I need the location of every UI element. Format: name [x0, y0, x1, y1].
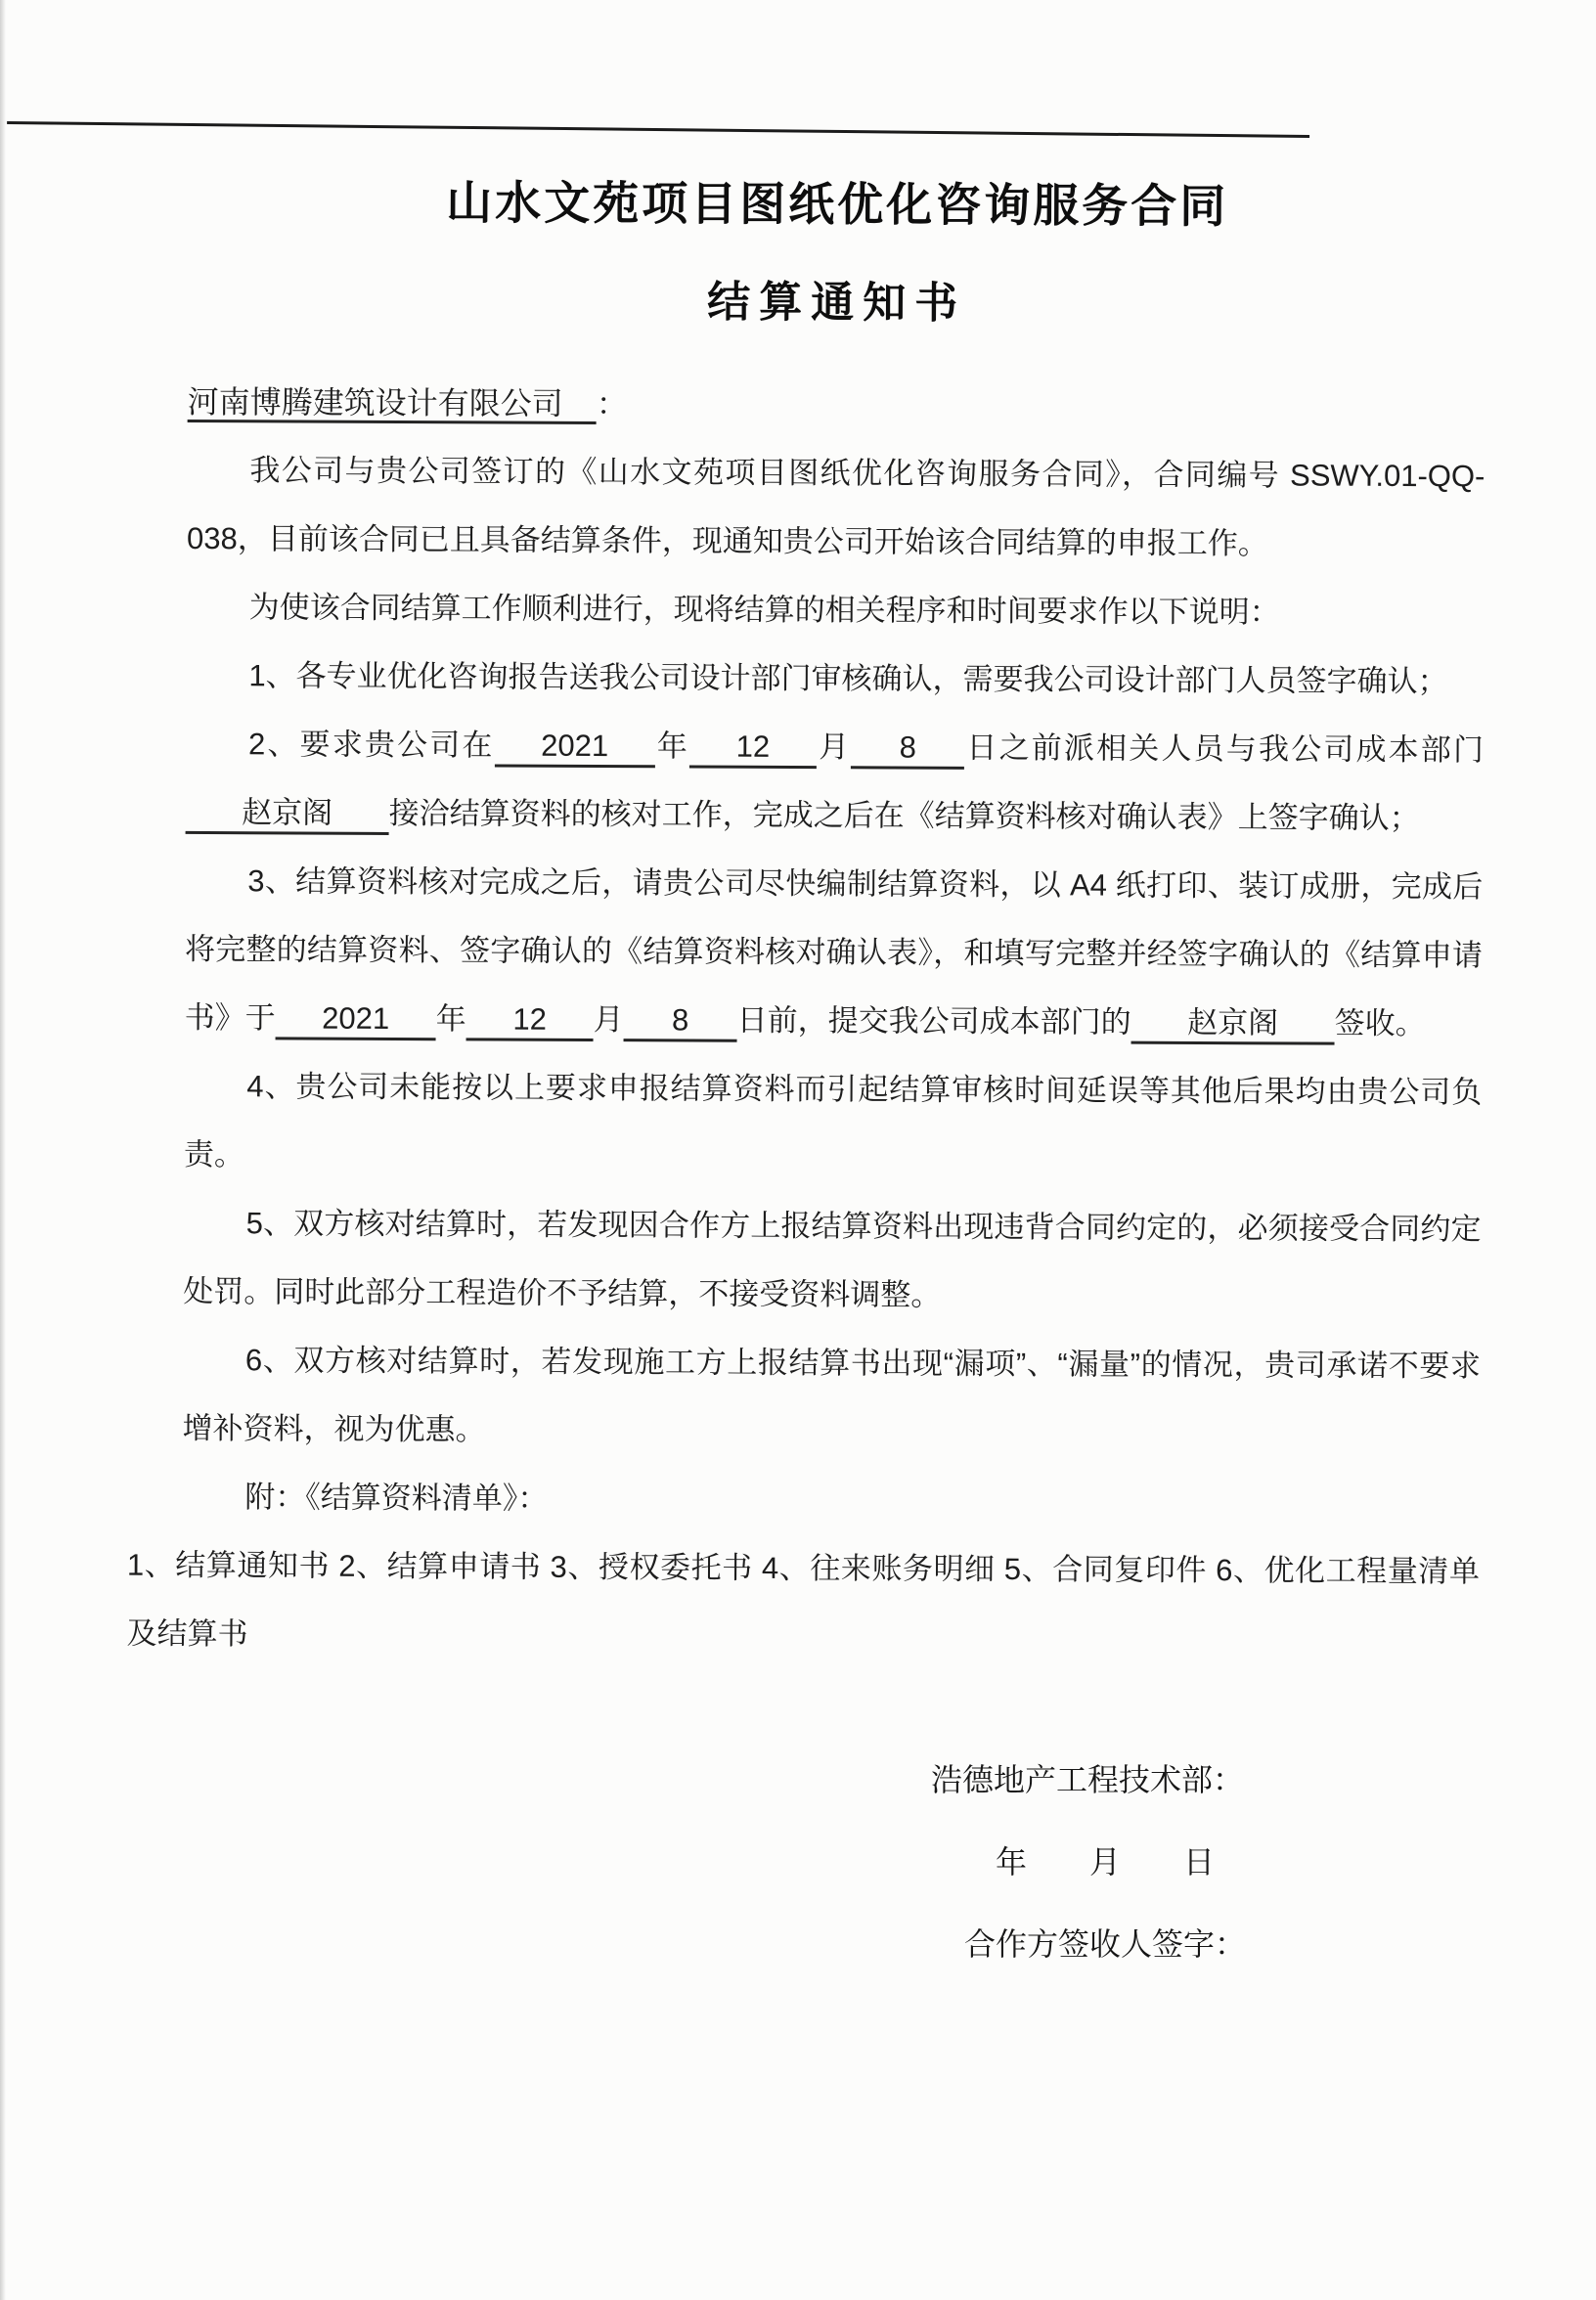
item2-day-blank: 8	[851, 729, 964, 770]
addressee-name: 河南博腾建筑设计有限公司	[188, 384, 597, 424]
scan-edge-artifact	[0, 0, 6, 2300]
item2-year-blank: 2021	[495, 727, 655, 768]
signature-department: 浩德地产工程技术部：	[931, 1739, 1246, 1821]
item3-person-blank: 赵京阁	[1131, 1004, 1335, 1045]
item2-text: 2、要求贵公司在	[248, 727, 495, 762]
signature-signer-line: 合作方签收人签字：	[931, 1903, 1246, 1985]
scanned-document-page: 山水文苑项目图纸优化咨询服务合同 结算通知书 河南博腾建筑设计有限公司： 我公司…	[0, 0, 1596, 2300]
item2-text-cont: 接洽结算资料的核对工作，完成之后在《结算资料核对确认表》上签字确认；	[389, 796, 1420, 835]
addressee-colon: ：	[597, 386, 628, 421]
intro-text: 我公司与贵公司签订的《山水文苑项目图纸优化咨询服务合同》，合同编号	[249, 453, 1290, 492]
addressee-line: 河南博腾建筑设计有限公司：	[188, 368, 1485, 442]
item2-month-blank: 12	[689, 728, 817, 769]
item3-day-blank: 8	[624, 1001, 737, 1042]
intro-text-cont: ，目前该合同已且具备结算条件，现通知贵公司开始该合同结算的申报工作。	[238, 521, 1268, 560]
list-item-3: 3、结算资料核对完成之后，请贵公司尽快编制结算资料，以 A4 纸打印、装订成册，…	[184, 847, 1483, 1058]
item3-text-mid: 日前，提交我公司成本部门的	[737, 1003, 1131, 1039]
list-item-4: 4、贵公司未能按以上要求申报结算资料而引起结算审核时间延误等其他后果均由贵公司负…	[184, 1052, 1483, 1195]
item3-month-blank: 12	[466, 1000, 594, 1041]
item2-year-label: 年	[655, 729, 690, 763]
list-item-5: 5、双方核对结算时，若发现因合作方上报结算资料出现违背合同约定的，必须接受合同约…	[183, 1189, 1482, 1332]
paragraph-procedures: 为使该合同结算工作顺利进行，现将结算的相关程序和时间要求作以下说明：	[187, 573, 1485, 647]
item2-text-mid: 日之前派相关人员与我公司成本部门	[964, 730, 1484, 768]
item2-person-blank: 赵京阁	[186, 794, 389, 835]
document-subtitle: 结算通知书	[188, 264, 1485, 332]
item3-text-cont: 签收。	[1335, 1006, 1426, 1040]
list-item-6: 6、双方核对结算时，若发现施工方上报结算书出现“漏项”、“漏量”的情况，贵司承诺…	[182, 1326, 1481, 1469]
item2-month-label: 月	[817, 730, 852, 764]
list-item-2: 2、要求贵公司在2021年12月8日之前派相关人员与我公司成本部门赵京阁接洽结算…	[186, 710, 1485, 853]
list-item-1: 1、各专业优化咨询报告送我公司设计部门审核确认，需要我公司设计部门人员签字确认；	[186, 641, 1484, 716]
item3-year-label: 年	[436, 1001, 466, 1036]
attachment-label: 附：《结算资料清单》：	[182, 1463, 1480, 1537]
document-content: 山水文苑项目图纸优化咨询服务合同 结算通知书 河南博腾建筑设计有限公司： 我公司…	[0, 0, 1596, 2300]
item3-month-label: 月	[594, 1002, 624, 1037]
signature-block: 浩德地产工程技术部： 年 月 日 合作方签收人签字：	[931, 1739, 1246, 1985]
item3-year-blank: 2021	[276, 999, 436, 1040]
signature-date-line: 年 月 日	[931, 1821, 1246, 1903]
document-title: 山水文苑项目图纸优化咨询服务合同	[189, 0, 1487, 237]
paragraph-intro: 我公司与贵公司签订的《山水文苑项目图纸优化咨询服务合同》，合同编号 SSWY.0…	[187, 436, 1485, 579]
attachment-list: 1、结算通知书 2、结算申请书 3、授权委托书 4、往来账务明细 5、合同复印件…	[126, 1531, 1480, 1675]
